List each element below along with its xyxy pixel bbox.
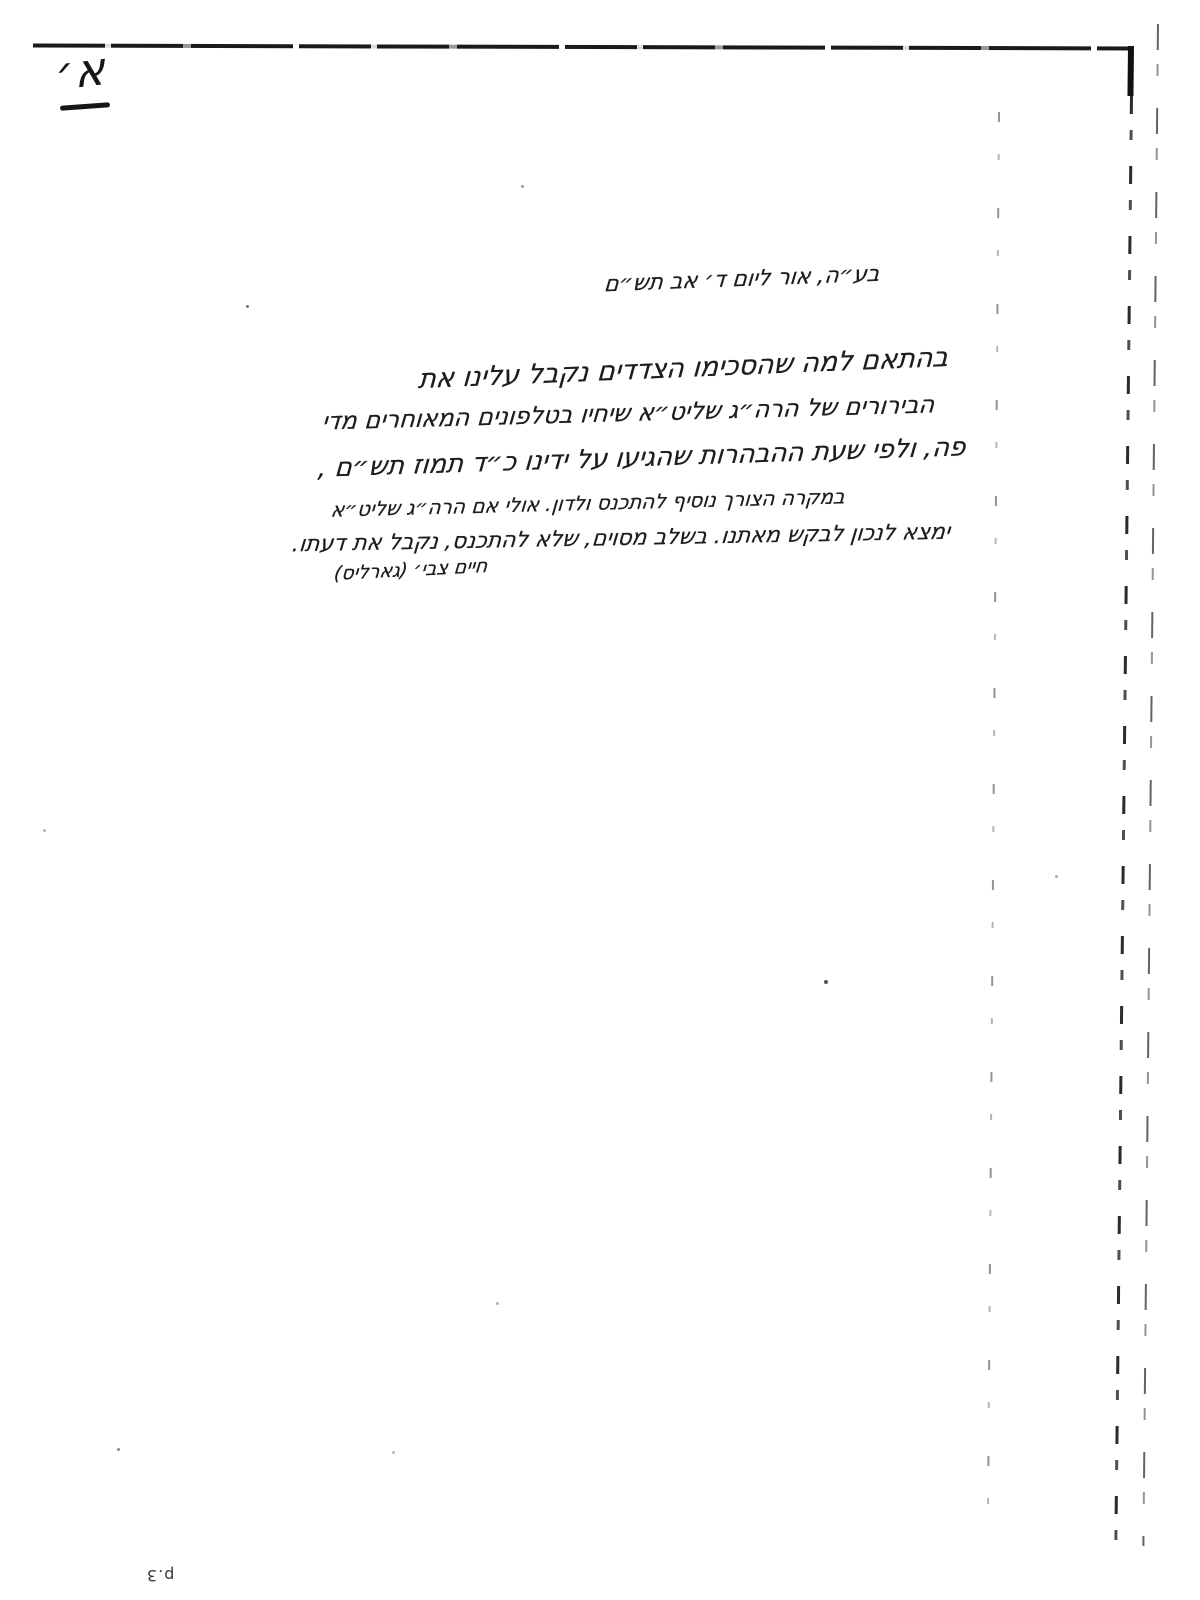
right-frame-corner <box>1127 46 1134 96</box>
scanned-letter-page: א׳ בע״ה, אור ליום ד׳ אב תש״ם בהתאם למה ש… <box>0 0 1200 1600</box>
scan-speck <box>521 185 524 188</box>
letter-body-line-2: הבירורים של הרה״ג שליט״א שיחיו בטלפונים … <box>321 391 936 435</box>
letter-signature: חיים צבי׳ (גארליס) <box>333 556 488 585</box>
letter-body-line-3: פה, ולפי שעת ההבהרות שהגיעו על ידינו כ״ד… <box>317 433 967 483</box>
scan-fold-line <box>987 112 1000 1538</box>
scan-speck <box>246 305 249 308</box>
letter-heading-date: בע״ה, אור ליום ד׳ אב תש״ם <box>603 263 881 298</box>
page-number-upside-down: p.3 <box>146 1566 174 1585</box>
right-frame-line <box>1114 96 1133 1544</box>
letter-body-line-1: בהתאם למה שהסכימו הצדדים נקבל עלינו את <box>417 343 949 395</box>
scan-speck <box>824 980 828 984</box>
section-mark-underline <box>60 102 110 110</box>
top-rule-line <box>33 44 1133 51</box>
scan-speck <box>496 1302 499 1305</box>
scan-speck <box>1055 875 1058 878</box>
letter-body-line-5: ימצא לנכון לבקש מאתנו. בשלב מסוים, שלא ל… <box>291 521 951 558</box>
scan-speck <box>43 829 46 832</box>
scan-speck <box>117 1448 120 1451</box>
section-mark-aleph: א׳ <box>54 41 106 101</box>
page-edge-line <box>1142 24 1159 1546</box>
scan-speck <box>392 1451 395 1454</box>
letter-body-line-4: במקרה הצורך נוסיף להתכנס ולדון. אולי אם … <box>330 485 846 521</box>
